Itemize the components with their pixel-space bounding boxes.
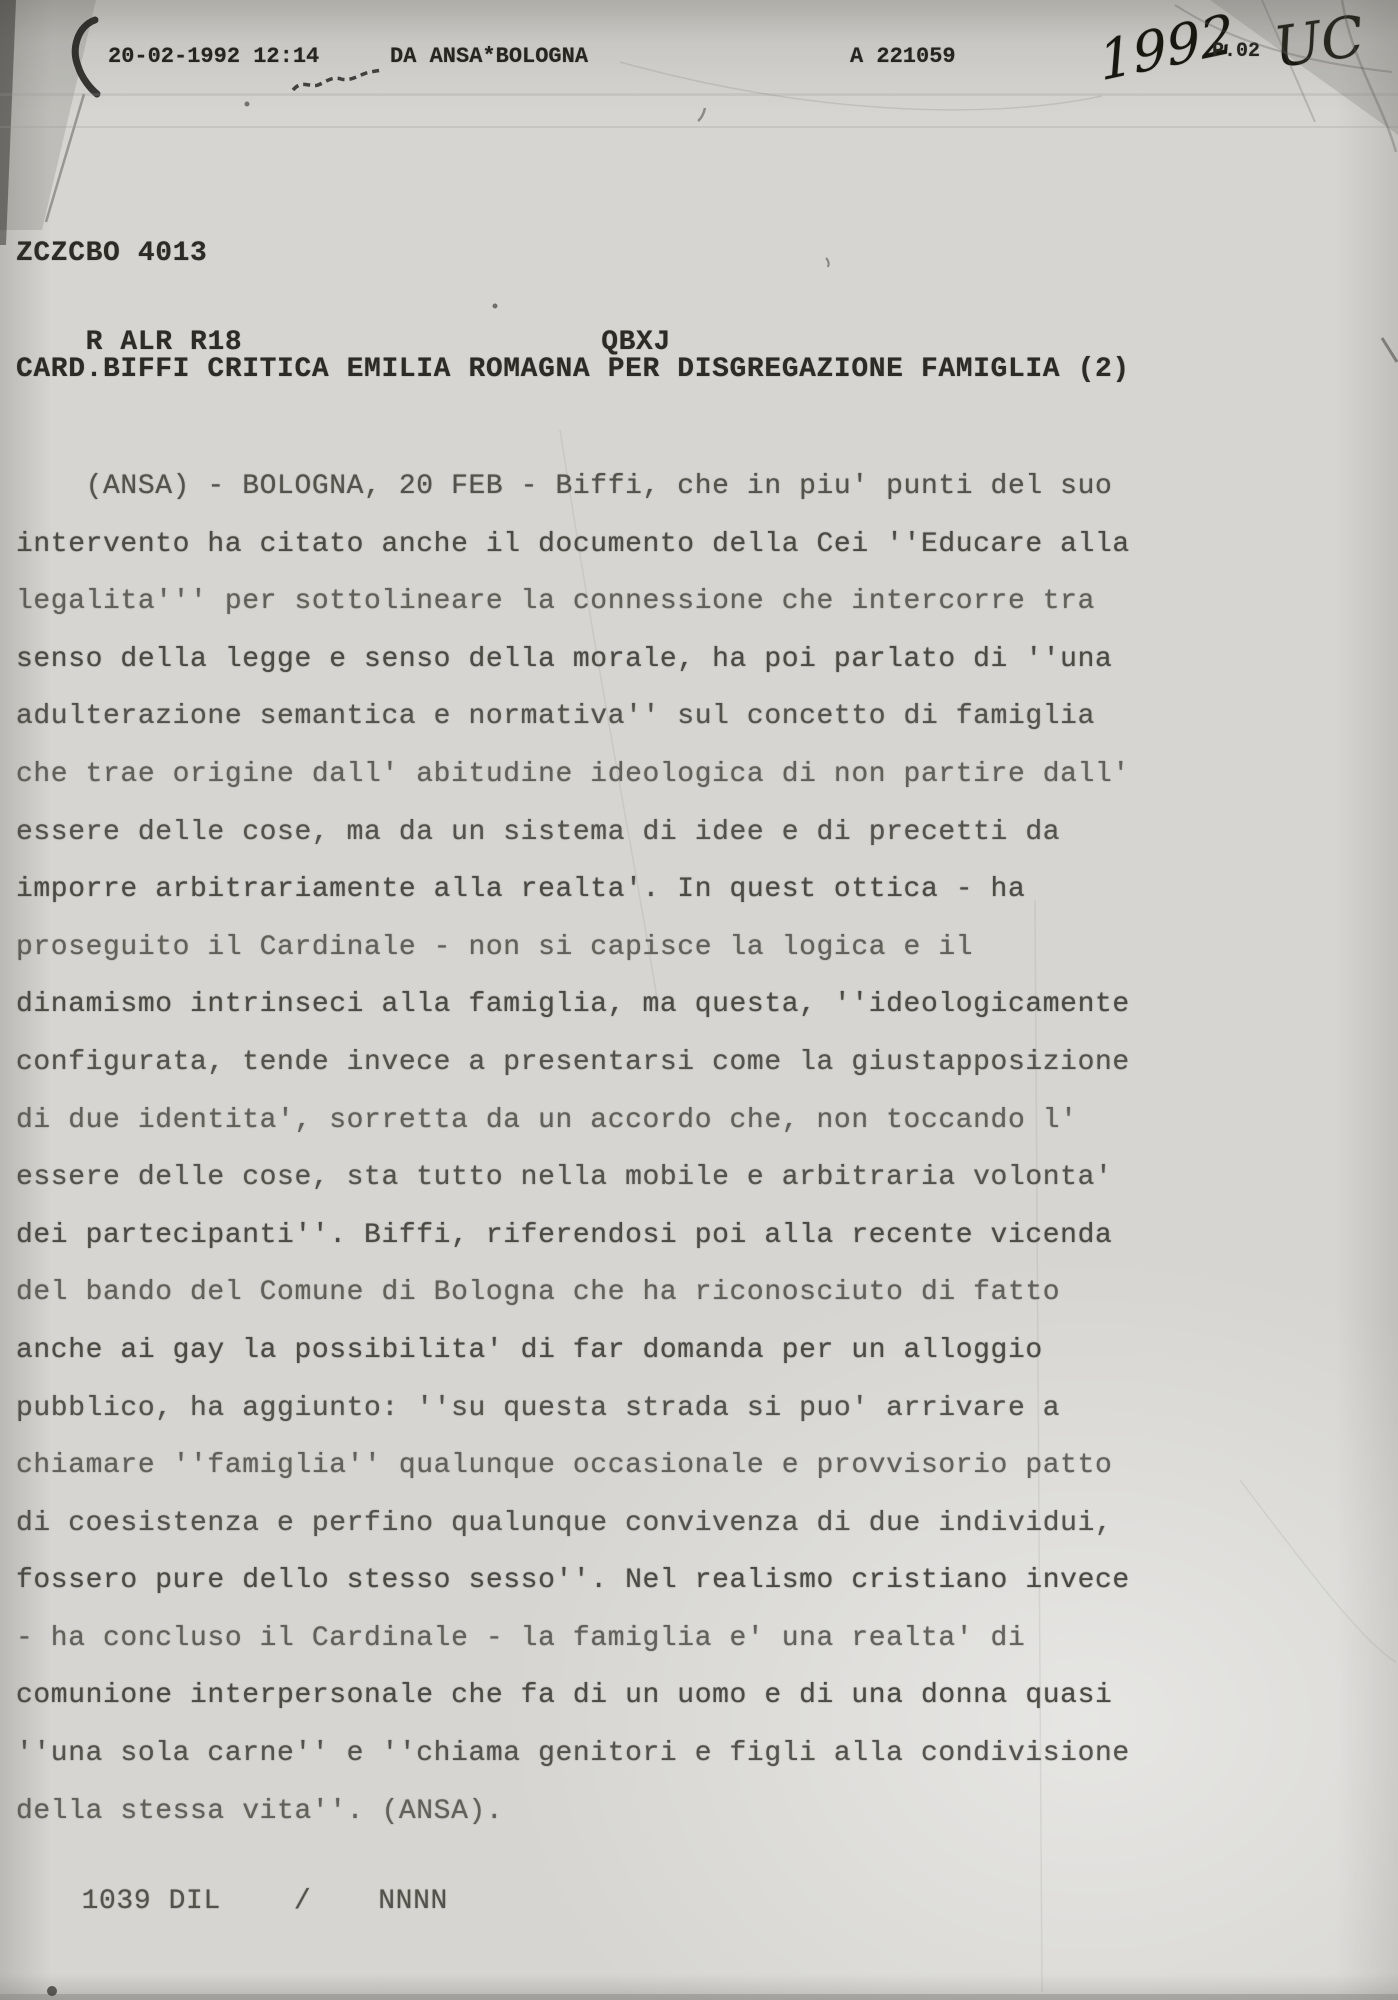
fold-hook-mark xyxy=(75,20,97,94)
handwritten-scribble xyxy=(293,70,382,90)
body-text-line: ''una sola carne'' e ''chiama genitori e… xyxy=(16,1725,1216,1783)
article-body: (ANSA) - BOLOGNA, 20 FEB - Biffi, che in… xyxy=(16,458,1216,1840)
body-text-line: pubblico, ha aggiunto: ''su questa strad… xyxy=(16,1380,1216,1438)
bottom-ink-blob xyxy=(47,1986,57,1996)
body-text-line: (ANSA) - BOLOGNA, 20 FEB - Biffi, che in… xyxy=(16,458,1216,516)
body-text-line: del bando del Comune di Bologna che ha r… xyxy=(16,1264,1216,1322)
ink-dot xyxy=(245,102,250,107)
body-text-line: essere delle cose, ma da un sistema di i… xyxy=(16,804,1216,862)
body-text-line: adulterazione semantica e normativa'' su… xyxy=(16,688,1216,746)
body-text-line: della stessa vita''. (ANSA). xyxy=(16,1783,1216,1841)
ink-speck xyxy=(826,258,829,267)
scan-band xyxy=(0,126,1398,128)
page-edge-sliver xyxy=(0,0,16,245)
fax-sender: DA ANSA*BOLOGNA xyxy=(390,44,588,69)
fold-crease-line xyxy=(46,94,84,222)
body-text-line: dinamismo intrinseci alla famiglia, ma q… xyxy=(16,976,1216,1034)
telex-start-code: ZCZCBO 4013 xyxy=(16,238,207,269)
body-text-line: dei partecipanti''. Biffi, riferendosi p… xyxy=(16,1207,1216,1265)
headline: CARD.BIFFI CRITICA EMILIA ROMAGNA PER DI… xyxy=(16,354,1130,385)
body-text-line: intervento ha citato anche il documento … xyxy=(16,516,1216,574)
fax-recipient: A 221059 xyxy=(850,44,956,69)
fax-page-number: P.02 xyxy=(1212,40,1260,63)
body-text-line: comunione interpersonale che fa di un uo… xyxy=(16,1667,1216,1725)
body-text-line: essere delle cose, sta tutto nella mobil… xyxy=(16,1149,1216,1207)
body-text-line: proseguito il Cardinale - non si capisce… xyxy=(16,919,1216,977)
body-text-line: legalita''' per sottolineare la connessi… xyxy=(16,573,1216,631)
fold-shadow xyxy=(0,0,96,230)
body-text-line: fossero pure dello stesso sesso''. Nel r… xyxy=(16,1552,1216,1610)
fax-datetime: 20-02-1992 12:14 xyxy=(108,44,319,69)
telex-footer-line: 1039 DIL/NNNN xyxy=(12,1842,448,1962)
scan-band xyxy=(0,93,1398,96)
crease-line xyxy=(1240,1480,1396,1662)
crease-line xyxy=(620,62,1102,110)
footer-time-code: 1039 DIL xyxy=(82,1886,221,1917)
footer-end-code: NNNN xyxy=(378,1886,448,1917)
bottom-edge-shadow xyxy=(0,1994,1398,2000)
body-text-line: che trae origine dall' abitudine ideolog… xyxy=(16,746,1216,804)
body-text-line: - ha concluso il Cardinale - la famiglia… xyxy=(16,1610,1216,1668)
body-text-line: imporre arbitrariamente alla realta'. In… xyxy=(16,861,1216,919)
body-text-line: di coesistenza e perfino qualunque convi… xyxy=(16,1495,1216,1553)
handwritten-initials: UC xyxy=(1270,4,1368,81)
body-text-line: di due identita', sorretta da un accordo… xyxy=(16,1092,1216,1150)
body-text-line: configurata, tende invece a presentarsi … xyxy=(16,1034,1216,1092)
body-text-line: chiamare ''famiglia'' qualunque occasion… xyxy=(16,1437,1216,1495)
ink-speck xyxy=(698,108,705,121)
edge-tick xyxy=(1382,338,1397,362)
footer-separator: / xyxy=(294,1886,311,1917)
scanned-fax-page: 20-02-1992 12:14 DA ANSA*BOLOGNA A 22105… xyxy=(0,0,1398,2000)
body-text-line: anche ai gay la possibilita' di far doma… xyxy=(16,1322,1216,1380)
body-text-line: senso della legge e senso della morale, … xyxy=(16,631,1216,689)
